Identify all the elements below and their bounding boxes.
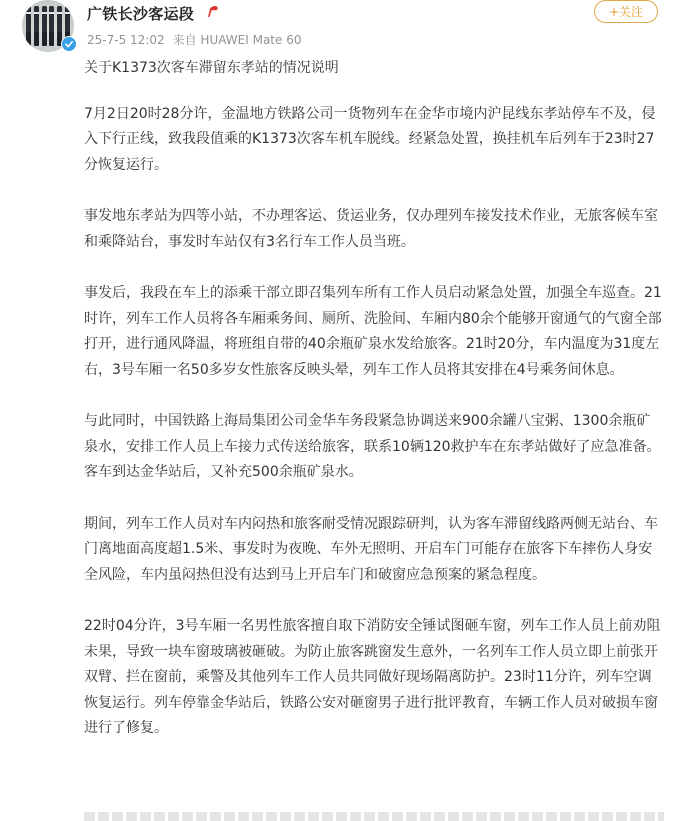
verified-badge-icon — [61, 36, 77, 52]
post-source: 来自 HUAWEI Mate 60 — [173, 33, 302, 47]
author-name[interactable]: 广铁长沙客运段 — [87, 3, 194, 24]
post-meta: 25-7-5 12:02来自 HUAWEI Mate 60 — [87, 31, 301, 48]
post-paragraph: 7月2日20时28分许，金温地方铁路公司一货物列车在金华市境内沪昆线东孝站停车不… — [84, 102, 664, 179]
post-paragraph: 22时04分许，3号车厢一名男性旅客擅自取下消防安全锤试图砸车窗，列车工作人员上… — [84, 614, 664, 742]
red-fan-badge-icon — [205, 3, 219, 17]
post-header: 广铁长沙客运段 25-7-5 12:02来自 HUAWEI Mate 60 +关… — [0, 0, 677, 52]
post-paragraph: 与此同时，中国铁路上海局集团公司金华车务段紧急协调送来900余罐八宝粥、1300… — [84, 409, 664, 486]
follow-button[interactable]: +关注 — [594, 0, 658, 23]
truncated-text-line — [84, 810, 664, 821]
post-paragraph: 事发后，我段在车上的添乘干部立即召集列车所有工作人员启动紧急处置，加强全车巡查。… — [84, 281, 664, 383]
post-title: 关于K1373次客车滞留东孝站的情况说明 — [84, 56, 664, 82]
post-paragraph: 事发地东孝站为四等小站，不办理客运、货运业务，仅办理列车接发技术作业，无旅客候车… — [84, 204, 664, 255]
post-paragraph: 期间，列车工作人员对车内闷热和旅客耐受情况跟踪研判，认为客车滞留线路两侧无站台、… — [84, 512, 664, 589]
post-timestamp[interactable]: 25-7-5 12:02 — [87, 33, 165, 47]
post-body: 关于K1373次客车滞留东孝站的情况说明 7月2日20时28分许，金温地方铁路公… — [84, 56, 664, 768]
